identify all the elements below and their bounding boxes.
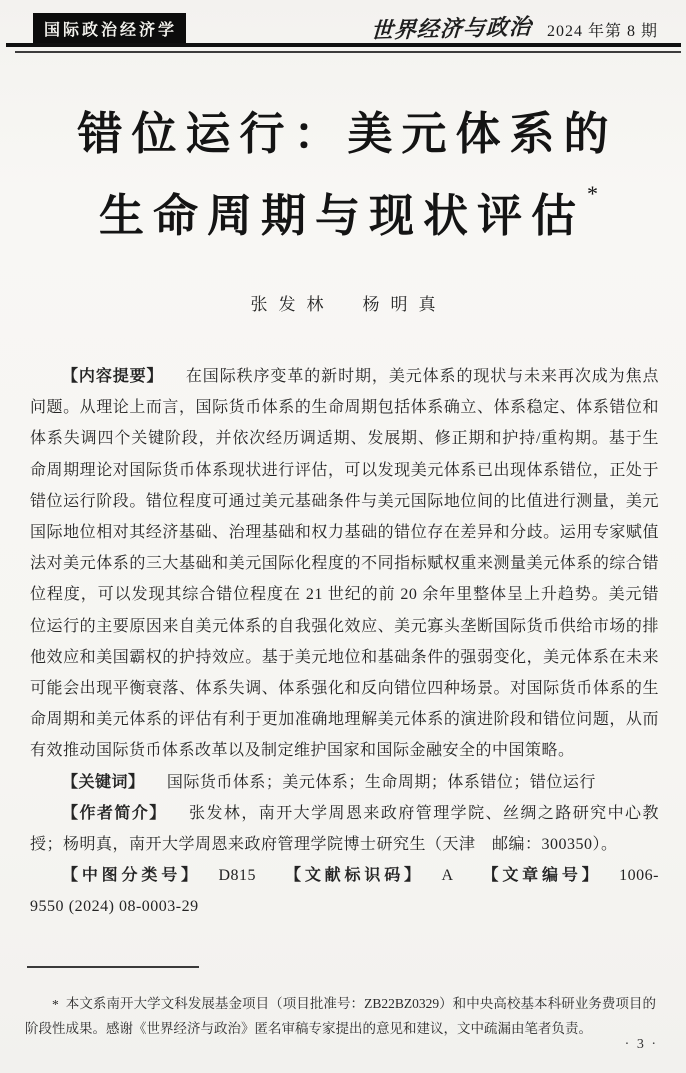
front-matter: 【内容提要】在国际秩序变革的新时期，美元体系的现状与未来再次成为焦点问题。从理论… (30, 361, 659, 923)
footnote-text: 本文系南开大学文科发展基金项目（项目批准号：ZB22BZ0329）和中央高校基本… (25, 996, 656, 1037)
authors-line: 张发林 杨明真 (0, 290, 686, 315)
abstract-label: 【内容提要】 (62, 368, 163, 385)
abstract-paragraph: 【内容提要】在国际秩序变革的新时期，美元体系的现状与未来再次成为焦点问题。从理论… (30, 361, 659, 767)
keywords-text: 国际货币体系；美元体系；生命周期；体系错位；错位运行 (167, 774, 596, 791)
article-title: 错位运行：美元体系的 生命周期与现状评估* (0, 98, 686, 253)
classification-paragraph: 【中图分类号】D815【文献标识码】A【文章编号】1006-9550(2024)… (30, 860, 659, 922)
header-rule-thin (15, 51, 681, 53)
issue-label: 2024 年第 8 期 (547, 18, 658, 41)
article-title-line2-text: 生命周期与现状评估 (99, 191, 585, 241)
footnote-marker: * (52, 997, 59, 1012)
keywords-label: 【关键词】 (62, 774, 145, 791)
article-id-value-part2: (2024) 08-0003-29 (69, 898, 199, 915)
article-id-label: 【文章编号】 (479, 867, 601, 884)
bio-paragraph: 【作者简介】张发林，南开大学周恩来政府管理学院、丝绸之路研究中心教授；杨明真，南… (30, 798, 659, 860)
clc-label: 【中图分类号】 (62, 867, 201, 884)
footnote-rule (27, 966, 199, 968)
page-number: · 3 · (625, 1037, 658, 1053)
header-rule-thick (6, 43, 681, 47)
article-title-line1: 错位运行：美元体系的 (0, 98, 686, 171)
journal-page: 国际政治经济学 世界经济与政治 2024 年第 8 期 错位运行：美元体系的 生… (0, 0, 686, 1073)
footnote-paragraph: *本文系南开大学文科发展基金项目（项目批准号：ZB22BZ0329）和中央高校基… (25, 991, 656, 1042)
abstract-text: 在国际秩序变革的新时期，美元体系的现状与未来再次成为焦点问题。从理论上而言，国际… (30, 368, 659, 759)
title-footnote-marker: * (587, 181, 598, 206)
doc-code-value: A (442, 867, 454, 884)
article-title-line2: 生命周期与现状评估* (0, 171, 686, 253)
bio-label: 【作者简介】 (62, 805, 167, 822)
clc-value: D815 (219, 867, 257, 884)
keywords-paragraph: 【关键词】国际货币体系；美元体系；生命周期；体系错位；错位运行 (30, 767, 659, 798)
section-badge: 国际政治经济学 (33, 13, 186, 45)
doc-code-label: 【文献标识码】 (282, 867, 424, 884)
journal-name: 世界经济与政治 (370, 10, 532, 45)
journal-header: 世界经济与政治 2024 年第 8 期 (371, 12, 658, 43)
